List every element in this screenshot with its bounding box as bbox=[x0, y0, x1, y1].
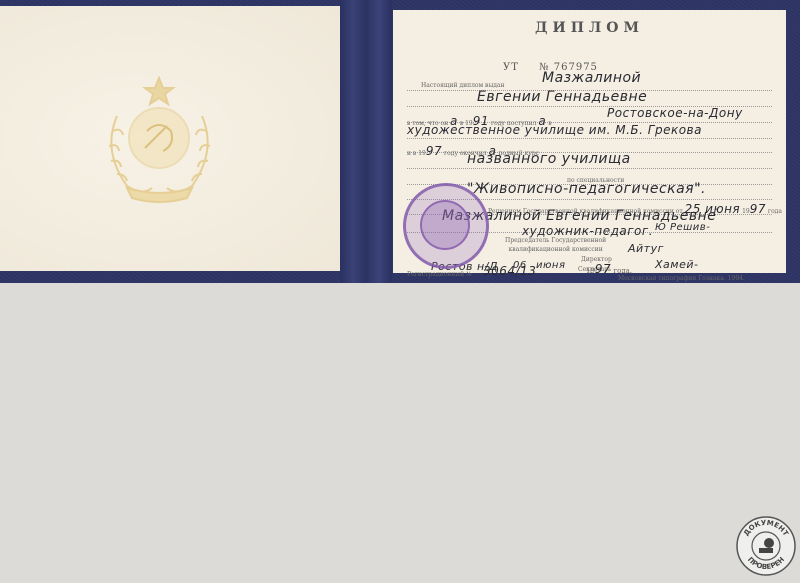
specialty-value: "Живописно-педагогическая". bbox=[467, 181, 706, 197]
chair-signature: Ю Решив- bbox=[655, 222, 710, 233]
issue-year: 97 bbox=[595, 262, 611, 276]
finished-value-line: названного училища bbox=[407, 154, 772, 169]
document-title: ДИПЛОМ bbox=[393, 20, 786, 36]
director-signature: Айтуг bbox=[628, 242, 664, 255]
entered-line: в том, что он а в 1991 году поступил а в… bbox=[407, 108, 772, 123]
stamp-emblem-icon bbox=[420, 200, 470, 250]
right-page: ДИПЛОМ УТ № 767975 Настоящий диплом выда… bbox=[393, 10, 786, 273]
left-page bbox=[0, 6, 340, 271]
chair-label-2: квалификационной комиссии bbox=[505, 245, 606, 254]
issued-to-label: Настоящий диплом выдан bbox=[421, 82, 504, 89]
cover-spine bbox=[340, 0, 392, 283]
institution-line-1: Ростовское-на-Дону bbox=[607, 106, 743, 120]
ussr-coat-of-arms-icon bbox=[97, 76, 222, 206]
institution-line-2: художественное училище им. М.Б. Грекова bbox=[407, 123, 702, 137]
chair-label-1: Председатель Государственной bbox=[505, 236, 606, 245]
given-names: Евгении Геннадьевне bbox=[477, 89, 647, 105]
registration-label: Регистрационный № bbox=[407, 271, 472, 278]
institution-line: художественное училище им. М.Б. Грекова bbox=[407, 124, 772, 139]
registration-value: 3064/13 bbox=[483, 264, 536, 278]
surname: Мазжалиной bbox=[542, 70, 641, 86]
issue-month: июня bbox=[536, 260, 565, 271]
secretary-signature: Хамей- bbox=[655, 258, 698, 271]
document-verified-badge: ДОКУМЕНТ ПРОВЕРЕН bbox=[735, 515, 797, 577]
chair-label: Председатель Государственной квалификаци… bbox=[505, 236, 606, 254]
issue-year-prefix: 19 bbox=[586, 267, 595, 275]
issue-year-suffix: года. bbox=[613, 267, 632, 275]
printer-note: Московская типография Гознака. 1994. bbox=[618, 275, 745, 282]
official-stamp bbox=[403, 183, 489, 269]
finished-value: названного училища bbox=[467, 151, 631, 167]
series: УТ bbox=[503, 62, 519, 73]
given-names-line: Евгении Геннадьевне bbox=[407, 92, 772, 107]
